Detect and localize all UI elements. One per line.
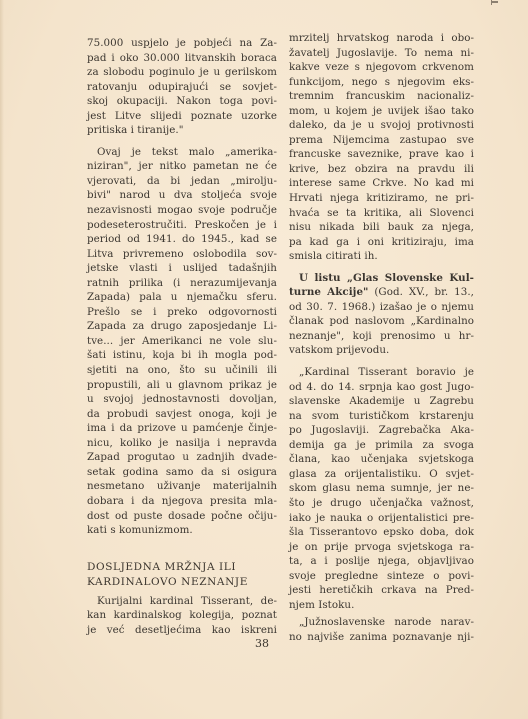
- text-line: po Jugoslaviji. Zagrebačka Aka-: [289, 423, 474, 438]
- section-gap: [87, 538, 277, 560]
- paragraph-glas-slovenske: U listu „Glas Slovenske Kul- turne Akcij…: [289, 271, 474, 358]
- text-line: sjetiti na ono, što su učinili ili: [87, 363, 277, 378]
- text-line: dobara i da njegova presita mla-: [87, 494, 277, 509]
- text-line: pritiska i tiranije.": [87, 123, 277, 138]
- paragraph-tisserant-visit: „Kardinal Tisserant boravio je od 4. do …: [289, 365, 474, 612]
- heading-line: KARDINALOVO NEZNANJE: [87, 575, 277, 590]
- text-line: njem Istoku.: [289, 598, 474, 613]
- text-line: interese same Crkve. No kad mi: [289, 176, 474, 191]
- text-line: „Kardinal Tisserant boravio je: [289, 365, 474, 380]
- text-line: od 4. do 14. srpnja kao gost Jugo-: [289, 380, 474, 395]
- text-line: nezavisnosti mogao svoje područje: [87, 203, 277, 218]
- text-line: da probudi savjest onoga, koji je: [87, 407, 277, 422]
- publication-title: turne Akcije": [289, 286, 368, 298]
- text-line: demija ga je primila za svoga: [289, 438, 474, 453]
- text-line: Kurijalni kardinal Tisserant, de-: [87, 594, 277, 609]
- text-line: vatskom prijevodu.: [289, 343, 474, 358]
- text-line: je on prije prvoga svjetskoga ra-: [289, 540, 474, 555]
- paragraph-tisserant-intro: Kurijalni kardinal Tisserant, de- kan ka…: [87, 594, 277, 638]
- text-line: mrzitelj hrvatskog naroda i obo-: [289, 31, 474, 46]
- text-line: Ovaj je tekst malo „amerika-: [87, 145, 277, 160]
- text-line: smisla citirati ih.: [289, 249, 474, 264]
- text-line: mom, u kojem je uvijek išao tako: [289, 104, 474, 119]
- text-line: Zapada) pala u njemačku sferu.: [87, 290, 277, 305]
- paragraph-lithuania-quote-end: 75.000 uspjelo je pobjeći na Za- pad i o…: [87, 36, 277, 138]
- text-line: neznanje", koji prenosimo u hr-: [289, 329, 474, 344]
- text-line: funkcijom, nego s njegovim eks-: [289, 75, 474, 90]
- text-line: skoj okupaciji. Nakon toga povi-: [87, 94, 277, 109]
- left-column: 75.000 uspjelo je pobjeći na Za- pad i o…: [87, 36, 277, 637]
- text-line: od 30. 7. 1968.) izašao je o njemu: [289, 300, 474, 315]
- text-line: je već desetljećima kao iskreni: [87, 623, 277, 638]
- text-line: setak godina samo da si osigura: [87, 465, 277, 480]
- text-line: prema Nijemcima zastupao sve: [289, 133, 474, 148]
- text-line: tremnim francuskim nacionaliz-: [289, 89, 474, 104]
- text-line: kakve veze s njegovom crkvenom: [289, 60, 474, 75]
- text-line: krive, bez obzira na pravdu ili: [289, 162, 474, 177]
- text-line: članak pod naslovom „Kardinalno: [289, 314, 474, 329]
- text-line: jetske vlasti i uslijed tadašnjih: [87, 261, 277, 276]
- text-line: pa kad ga i oni kritiziraju, ima: [289, 235, 474, 250]
- text-line: francuske saveznike, prave kao i: [289, 147, 474, 162]
- right-column: mrzitelj hrvatskog naroda i obo- žavatel…: [289, 31, 474, 644]
- text-line: vjerovati, da bi jedan „mirolju-: [87, 174, 277, 189]
- paragraph-gap: [289, 264, 474, 271]
- text-line: ratovanju odupirajući se sovjet-: [87, 80, 277, 95]
- text-line: kati s komunizmom.: [87, 523, 277, 538]
- text-line: no najviše zanima poznavanje nji-: [289, 630, 474, 645]
- text-line: u svojoj jednostavnosti dovoljan,: [87, 392, 277, 407]
- text-line: glasa za orijentalistiku. O svjet-: [289, 467, 474, 482]
- paragraph-south-slavic: „Južnoslavenske narode narav- no najviše…: [289, 615, 474, 644]
- text-line: ta, a i poslije njega, objavljivao: [289, 554, 474, 569]
- heading-line: DOSLJEDNA MRŽNJA ILI: [87, 560, 277, 575]
- publication-citation: (God. XV., br. 13.,: [368, 286, 474, 298]
- paragraph-gap: [289, 358, 474, 365]
- text-line: ratnih prilika (i nerazumijevanja: [87, 276, 277, 291]
- scanned-page: 75.000 uspjelo je pobjeći na Za- pad i o…: [0, 0, 528, 719]
- text-line: kan kardinalskog kolegija, poznat: [87, 608, 277, 623]
- text-line: jest Litve slijedi poznate uzorke: [87, 109, 277, 124]
- page-edge-shadow: [0, 0, 4, 719]
- paragraph-gap: [87, 138, 277, 145]
- text-line: Zapad progutao u zadnjih dvade-: [87, 450, 277, 465]
- text-line: iako je nauka o orijentalistici pre-: [289, 511, 474, 526]
- page-number: 38: [255, 637, 269, 650]
- text-line: člana, kao učenjaka svjetskoga: [289, 452, 474, 467]
- text-line: nesmetano uživanje materijalnih: [87, 479, 277, 494]
- text-line: 75.000 uspjelo je pobjeći na Za-: [87, 36, 277, 51]
- paragraph-americanized-commentary: Ovaj je tekst malo „amerika- niziran", j…: [87, 145, 277, 538]
- text-line: Hrvati njega kritiziramo, ne pri-: [289, 191, 474, 206]
- paragraph-tisserant-hatred: mrzitelj hrvatskog naroda i obo- žavatel…: [289, 31, 474, 264]
- text-line: ima i da prizove u pamćenje činje-: [87, 421, 277, 436]
- text-line: podeseterostručiti. Preskočen je i: [87, 218, 277, 233]
- text-line: svoje pregledne sinteze o povi-: [289, 569, 474, 584]
- corner-mark: [491, 1, 498, 3]
- section-heading: DOSLJEDNA MRŽNJA ILI KARDINALOVO NEZNANJ…: [87, 560, 277, 590]
- text-line: propustili, ali u glavnom prikaz je: [87, 378, 277, 393]
- text-line: šati istinu, koja bi ih mogla pod-: [87, 348, 277, 363]
- text-line: dost od puste dosade počne očiju-: [87, 509, 277, 524]
- text-line: skom glasu nema sumnje, jer ne-: [289, 481, 474, 496]
- text-line: niziran", jer nitko pametan ne će: [87, 159, 277, 174]
- text-line: nisu nikada bili bauk za njega,: [289, 220, 474, 235]
- text-line: bivi" narod u dva stoljeća svoje: [87, 188, 277, 203]
- text-line: turne Akcije" (God. XV., br. 13.,: [289, 285, 474, 300]
- text-line: nicu, koliko je nasilja i nepravda: [87, 436, 277, 451]
- text-line: hvaća se ta kritika, ali Slovenci: [289, 206, 474, 221]
- text-line: „Južnoslavenske narode narav-: [289, 615, 474, 630]
- text-line: Zapada za drugo zaposjedanje Li-: [87, 319, 277, 334]
- text-line: šla Tisserantovo epsko doba, dok: [289, 525, 474, 540]
- text-line-bold: U listu „Glas Slovenske Kul-: [289, 271, 474, 286]
- text-line: daleko, da je u svojoj protivnosti: [289, 118, 474, 133]
- text-line: tve... jer Amerikanci ne vole slu-: [87, 334, 277, 349]
- text-line: za slobodu poginulo je u gerilskom: [87, 65, 277, 80]
- text-line: jesti heretičkih crkava na Pred-: [289, 583, 474, 598]
- text-line: Prešlo se i preko odgovornosti: [87, 305, 277, 320]
- text-line: žavatelj Jugoslavije. To nema ni-: [289, 46, 474, 61]
- text-line: što je drugo učenjačka važnost,: [289, 496, 474, 511]
- text-line: slavenske Akademije u Zagrebu: [289, 394, 474, 409]
- corner-mark-vertical: [491, 0, 492, 5]
- text-line: Litva privremeno oslobodila sov-: [87, 247, 277, 262]
- text-line: period od 1941. do 1945., kad se: [87, 232, 277, 247]
- text-line: na svom turističkom krstarenju: [289, 409, 474, 424]
- text-line: pad i oko 30.000 litvanskih boraca: [87, 51, 277, 66]
